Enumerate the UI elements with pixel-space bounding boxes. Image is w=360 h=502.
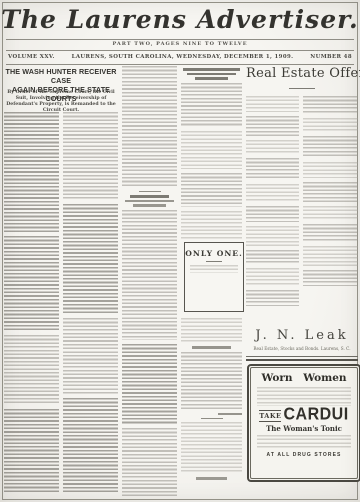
greeked-ad-copy: [190, 265, 238, 273]
leak-ad-rule-thick: [246, 359, 358, 361]
greeked-subhead: [130, 195, 169, 198]
cardui-ad-heading: Worn Women: [256, 372, 352, 384]
greeked-listing: [303, 136, 358, 158]
greeked-subhead-deck: [125, 200, 173, 203]
greeked-paragraph: [181, 352, 242, 410]
classifieds-column-2: [303, 96, 358, 322]
greeked-listing: [246, 290, 299, 306]
greeked-listing: [303, 162, 358, 178]
greeked-paragraph: [181, 131, 242, 169]
cardui-footer: AT ALL DRUG STORES: [256, 452, 352, 458]
greeked-paragraph: [63, 204, 118, 314]
greeked-paragraph: [63, 398, 118, 492]
greeked-listing: [303, 118, 358, 132]
body-column-3: [122, 66, 177, 496]
lead-deck: By Order of the Supreme Court, the Civil…: [6, 90, 116, 114]
greeked-listing: [246, 226, 299, 246]
body-column-4-bottom: [181, 318, 242, 496]
newspaper-title: The Laurens Advertiser.: [0, 5, 360, 34]
greeked-brief-headline: [187, 73, 236, 76]
greeked-listing: [303, 182, 358, 202]
greeked-paragraph: [181, 83, 242, 127]
greeked-brief-headline: [195, 77, 229, 80]
leak-ad-rule: [246, 356, 358, 357]
greeked-listing: [303, 270, 358, 286]
greeked-listing: [303, 224, 358, 242]
greeked-paragraph: [63, 112, 118, 200]
greeked-paragraph: [4, 409, 59, 493]
greeked-paragraph: [181, 318, 242, 342]
greeked-ad-fine-print: [257, 435, 351, 450]
cardui-brand-name: CARDUI: [283, 407, 348, 423]
greeked-paragraph: [122, 210, 177, 340]
cardui-brand-row: TAKE CARDUI: [256, 408, 352, 422]
body-column-1: [4, 112, 59, 496]
greeked-listing: [246, 268, 299, 286]
edition-subtitle: PART TWO, PAGES NINE TO TWELVE: [0, 41, 360, 47]
dateline-row: VOLUME XXV. LAURENS, SOUTH CAROLINA, WED…: [8, 54, 352, 60]
greeked-paragraph: [122, 66, 177, 188]
greeked-paragraph: [4, 335, 59, 405]
greeked-paragraph: [181, 173, 242, 207]
greeked-paragraph: [122, 344, 177, 424]
section-divider: [139, 191, 161, 192]
only-one-ad-rule: [206, 261, 222, 262]
greeked-listing: [246, 140, 299, 154]
section-divider: [201, 418, 223, 419]
greeked-paragraph: [122, 428, 177, 496]
masthead-rule-mid: [6, 50, 354, 51]
body-column-2: [63, 112, 118, 496]
greeked-listing: [246, 250, 299, 264]
greeked-listing: [303, 246, 358, 266]
real-estate-heading-underline: [289, 88, 315, 89]
greeked-listing: [246, 206, 299, 222]
greeked-listing: [303, 206, 358, 220]
cardui-take-label: TAKE: [259, 410, 281, 422]
greeked-paragraph: [181, 211, 242, 240]
body-column-4-top: [181, 66, 242, 240]
greeked-ad-copy: [257, 387, 351, 406]
volume-label: VOLUME XXV.: [8, 54, 55, 60]
leak-ad-title: J. N. Leak: [246, 328, 358, 343]
issue-number-label: NUMBER 48: [310, 54, 352, 60]
greeked-credit-line: [196, 477, 227, 480]
greeked-listing: [246, 96, 299, 112]
only-one-ad: ONLY ONE.: [184, 242, 244, 312]
leak-ad-subtitle: Real Estate, Stocks and Bonds. Laurens, …: [246, 346, 358, 351]
greeked-paragraph: [4, 236, 59, 331]
greeked-subhead-deck: [133, 204, 166, 207]
leak-ad: J. N. Leak Real Estate, Stocks and Bonds…: [246, 328, 358, 361]
greeked-listing: [246, 158, 299, 180]
cardui-tagline: The Woman's Tonic: [256, 424, 352, 433]
greeked-listing: [303, 96, 358, 114]
greeked-paragraph: [63, 318, 118, 394]
only-one-ad-title: ONLY ONE.: [185, 249, 243, 258]
masthead-rule-top: [6, 39, 354, 40]
cardui-ad-inner: Worn Women TAKE CARDUI The Woman's Tonic…: [250, 367, 358, 479]
cardui-ad: Worn Women TAKE CARDUI The Woman's Tonic…: [247, 364, 360, 482]
greeked-paragraph: [181, 422, 242, 474]
newspaper-page: The Laurens Advertiser. PART TWO, PAGES …: [0, 0, 360, 502]
greeked-brief-headline: [183, 68, 239, 71]
masthead-rule-bottom: [6, 64, 354, 65]
classifieds-column-1: [246, 96, 299, 322]
lead-headline-line1: THE WASH HUNTER RECEIVER CASE: [4, 67, 118, 85]
greeked-subhead: [192, 346, 231, 349]
greeked-listing: [246, 184, 299, 202]
real-estate-heading: Real Estate Offerings: [246, 66, 358, 81]
greeked-listing: [246, 116, 299, 136]
dateline-label: LAURENS, SOUTH CAROLINA, WEDNESDAY, DECE…: [72, 54, 294, 60]
greeked-signature: [218, 413, 242, 416]
greeked-paragraph: [4, 112, 59, 232]
